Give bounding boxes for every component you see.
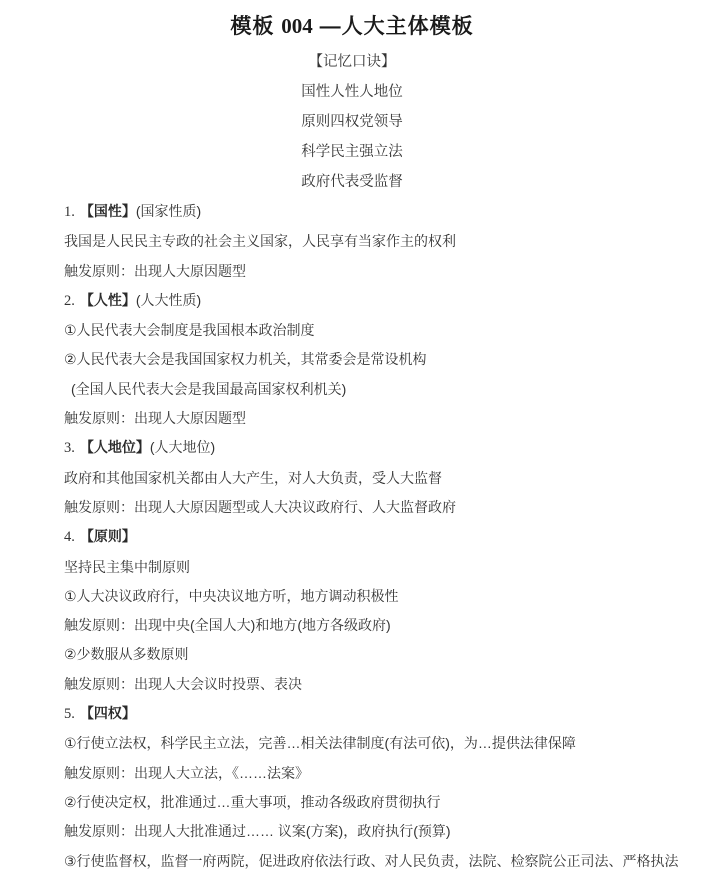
note-line: (全国人民代表大会是我国最高国家权利机关) — [64, 375, 664, 404]
section-note: (人大性质) — [136, 292, 201, 308]
note-line: ②人民代表大会是我国国家权力机关，其常委会是常设机构 — [64, 345, 664, 374]
notes-list: 1.【国性】(国家性质) 我国是人民民主专政的社会主义国家，人民享有当家作主的权… — [0, 197, 704, 874]
section-number: 3. — [64, 440, 80, 456]
section-number: 1. — [64, 204, 80, 220]
note-line: 触发原则：出现人大原因题型 — [64, 257, 664, 286]
note-line: ①行使立法权，科学民主立法，完善…相关法律制度(有法可依)，为…提供法律保障 — [64, 729, 664, 758]
page-title-suffix: —人大主体模板 — [313, 15, 474, 38]
note-line: ③行使监督权，监督一府两院，促进政府依法行政、对人民负责，法院、检察院公正司法、… — [64, 847, 664, 874]
note-line: ②行使决定权，批准通过…重大事项，推动各级政府贯彻执行 — [64, 788, 664, 817]
note-line: 触发原则：出现人大立法，《……法案》 — [64, 759, 664, 788]
page-title-prefix: 模板 — [230, 15, 281, 38]
note-line: 触发原则：出现人大批准通过…… 议案(方案)，政府执行(预算) — [64, 817, 664, 846]
mnemonic-heading: 【记忆口诀】 — [0, 47, 704, 77]
note-line: ②少数服从多数原则 — [64, 640, 664, 669]
section-title: 【原则】 — [80, 528, 136, 544]
mnemonic-line: 科学民主强立法 — [0, 137, 704, 167]
section-title: 【国性】 — [80, 203, 136, 219]
page-title-number: 004 — [281, 14, 313, 38]
section-header: 1.【国性】(国家性质) — [64, 197, 664, 227]
section-number: 2. — [64, 293, 80, 309]
note-line: 触发原则：出现人大原因题型或人大决议政府行、人大监督政府 — [64, 493, 664, 522]
section-title: 【人性】 — [80, 292, 136, 308]
section-note: (人大地位) — [150, 439, 215, 455]
note-line: ①人大决议政府行，中央决议地方听，地方调动积极性 — [64, 582, 664, 611]
note-line: 政府和其他国家机关都由人大产生，对人大负责，受人大监督 — [64, 464, 664, 493]
note-line: 触发原则：出现人大原因题型 — [64, 404, 664, 433]
section-number: 4. — [64, 529, 80, 545]
section-header: 4.【原则】 — [64, 522, 664, 552]
section-header: 2.【人性】(人大性质) — [64, 286, 664, 316]
mnemonic-line: 政府代表受监督 — [0, 167, 704, 197]
note-line: 触发原则：出现中央(全国人大)和地方(地方各级政府) — [64, 611, 664, 640]
section-header: 3.【人地位】(人大地位) — [64, 433, 664, 463]
section-title: 【四权】 — [80, 705, 136, 721]
note-line: 我国是人民民主专政的社会主义国家，人民享有当家作主的权利 — [64, 227, 664, 256]
mnemonic-line: 国性人性人地位 — [0, 77, 704, 107]
note-line: ①人民代表大会制度是我国根本政治制度 — [64, 316, 664, 345]
section-number: 5. — [64, 706, 80, 722]
section-header: 5.【四权】 — [64, 699, 664, 729]
section-note: (国家性质) — [136, 203, 201, 219]
mnemonic-line: 原则四权党领导 — [0, 107, 704, 137]
note-line: 触发原则：出现人大会议时投票、表决 — [64, 670, 664, 699]
page-title: 模板 004 —人大主体模板 — [0, 0, 704, 40]
note-line: 坚持民主集中制原则 — [64, 553, 664, 582]
mnemonic-block: 【记忆口诀】 国性人性人地位 原则四权党领导 科学民主强立法 政府代表受监督 — [0, 47, 704, 197]
document-page: 模板 004 —人大主体模板 【记忆口诀】 国性人性人地位 原则四权党领导 科学… — [0, 0, 704, 874]
section-title: 【人地位】 — [80, 439, 150, 455]
